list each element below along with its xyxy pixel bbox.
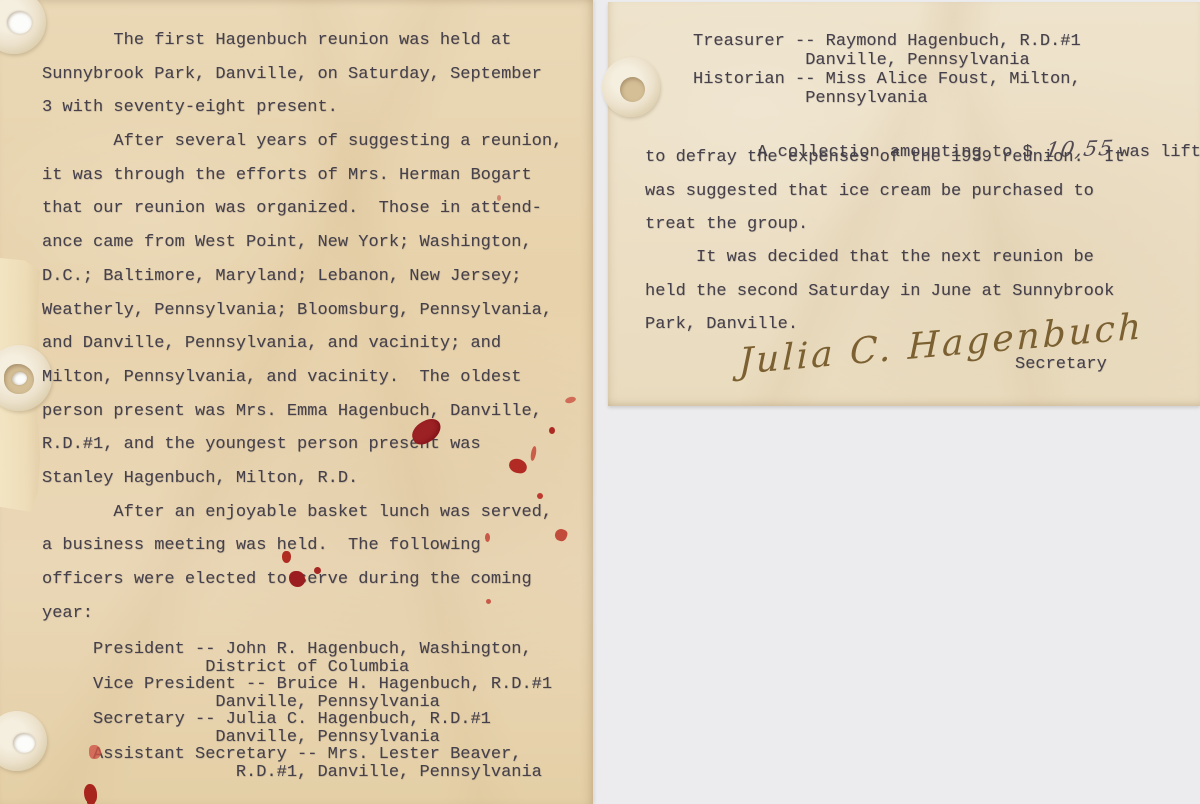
text-line: Pennsylvania [693,89,1081,108]
officers-list-continued: Treasurer -- Raymond Hagenbuch, R.D.#1 D… [693,32,1081,108]
text-line: was suggested that ice cream be purchase… [645,175,1124,209]
ink-stain [314,567,321,574]
text-line: a business meeting was held. The followi… [42,529,562,563]
ink-stain [485,533,490,542]
punch-hole [620,77,645,102]
text-line: R.D.#1, Danville, Pennsylvania [42,764,552,782]
text-line: Vice President -- Bruice H. Hagenbuch, R… [42,676,552,694]
ink-stain [87,796,95,804]
ink-stain [497,195,501,201]
text-line: Milton, Pennsylvania, and vacinity. The … [42,361,562,395]
ink-stain [564,396,576,405]
signature-title: Secretary [1015,355,1107,375]
text-line: The first Hagenbuch reunion was held at [42,24,562,58]
expenses-paragraph: to defray the expenses of the 1939 reuni… [645,141,1124,242]
text-line: ance came from West Point, New York; Was… [42,226,562,260]
text-line: D.C.; Baltimore, Maryland; Lebanon, New … [42,260,562,294]
text-line: and Danville, Pennsylvania, and vacinity… [42,327,562,361]
text-line: R.D.#1, and the youngest person present … [42,428,562,462]
text-line: that our reunion was organized. Those in… [42,192,562,226]
text-line: treat the group. [645,208,1124,242]
text-line: Stanley Hagenbuch, Milton, R.D. [42,462,562,496]
text-line: year: [42,597,562,631]
right-page: Treasurer -- Raymond Hagenbuch, R.D.#1 D… [608,2,1200,406]
left-page: The first Hagenbuch reunion was held atS… [0,0,593,804]
text-line: Sunnybrook Park, Danville, on Saturday, … [42,58,562,92]
binder-hole-bottom-left [0,711,47,771]
text-line: After an enjoyable basket lunch was serv… [42,496,562,530]
ink-stain [89,745,101,759]
text-line: District of Columbia [42,659,552,677]
binder-hole-top-left [0,0,46,54]
text-line: Danville, Pennsylvania [42,694,552,712]
text-line: President -- John R. Hagenbuch, Washingt… [42,641,552,659]
punch-hole [13,733,35,753]
text-line: held the second Saturday in June at Sunn… [645,275,1114,309]
text-line: it was through the efforts of Mrs. Herma… [42,159,562,193]
text-line: Treasurer -- Raymond Hagenbuch, R.D.#1 [693,32,1081,51]
ink-stain [486,599,491,604]
binder-hole-right-page [602,57,660,117]
officers-list: President -- John R. Hagenbuch, Washingt… [42,641,552,781]
text-line: Historian -- Miss Alice Foust, Milton, [693,70,1081,89]
text-line: After several years of suggesting a reun… [42,125,562,159]
ink-stain [282,551,291,563]
ink-stain [537,493,543,499]
text-line: person present was Mrs. Emma Hagenbuch, … [42,395,562,429]
scanned-document: The first Hagenbuch reunion was held atS… [0,0,1200,804]
text-line: It was decided that the next reunion be [645,241,1114,275]
text-line: Weatherly, Pennsylvania; Bloomsburg, Pen… [42,294,562,328]
text-line: Secretary -- Julia C. Hagenbuch, R.D.#1 [42,711,552,729]
text-line: to defray the expenses of the 1939 reuni… [645,141,1124,175]
text-line: 3 with seventy-eight present. [42,91,562,125]
ink-stain [549,427,555,434]
collection-text-suffix: was lifted [1119,143,1200,162]
ink-stain [289,571,305,587]
text-line: Danville, Pennsylvania [42,729,552,747]
text-line: Danville, Pennsylvania [693,51,1081,70]
text-line: Assistant Secretary -- Mrs. Lester Beave… [42,746,552,764]
punch-hole [7,11,32,34]
